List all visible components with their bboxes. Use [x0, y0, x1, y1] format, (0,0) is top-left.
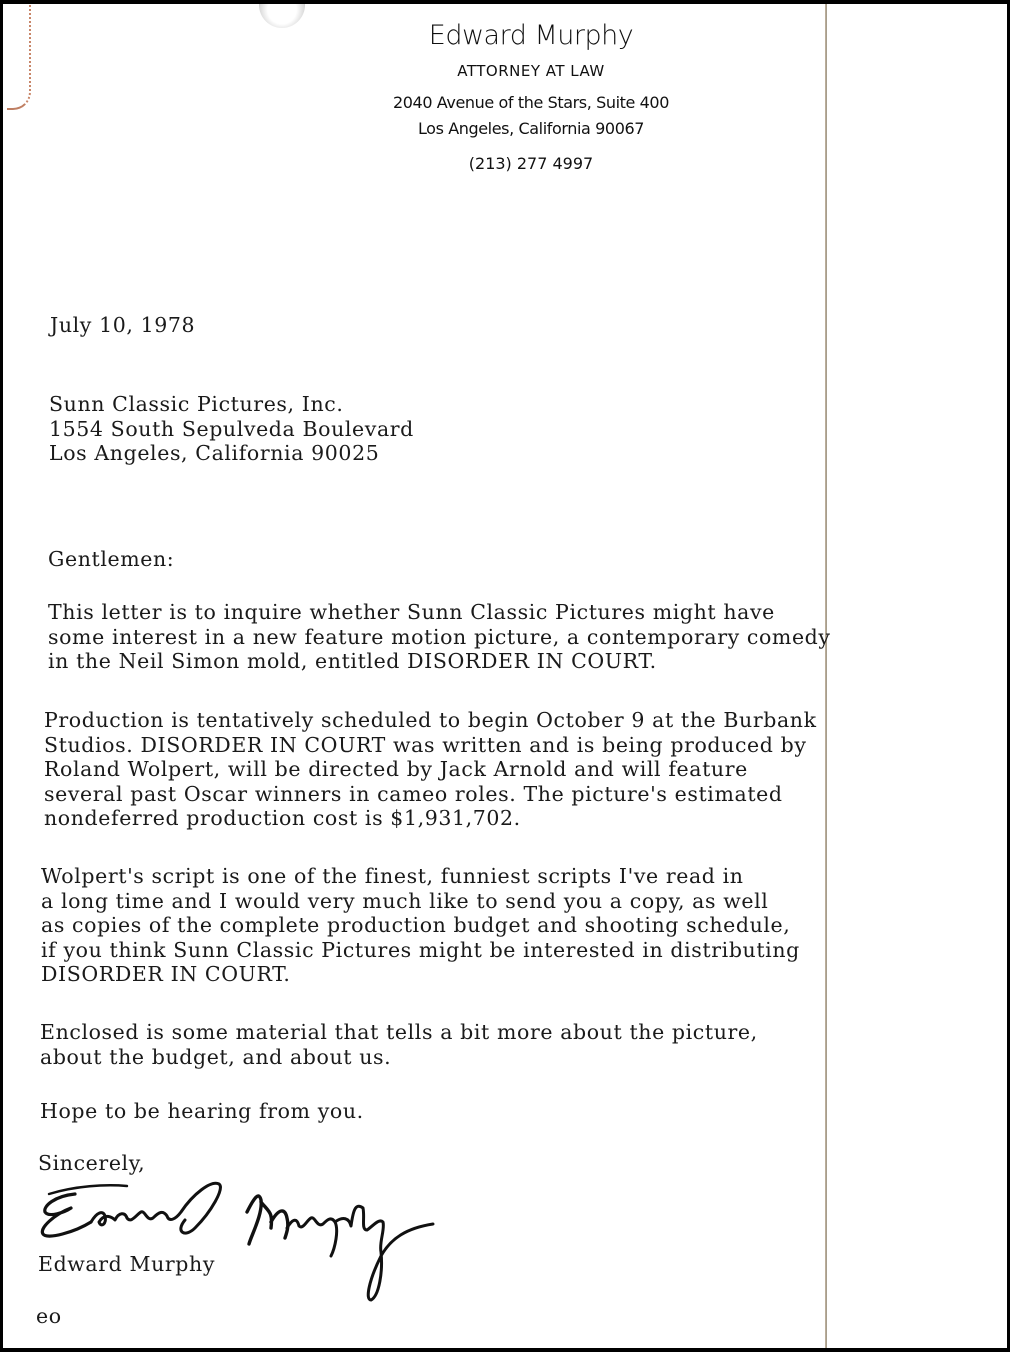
letterhead-address-line1: 2040 Avenue of the Stars, Suite 400 — [3, 93, 1007, 112]
paragraph-line: several past Oscar winners in cameo role… — [44, 782, 817, 807]
paragraph-production: Production is tentatively scheduled to b… — [44, 708, 817, 831]
recipient-company: Sunn Classic Pictures, Inc. — [49, 392, 414, 417]
paragraph-closing-remark: Hope to be hearing from you. — [40, 1099, 364, 1124]
letterhead-phone: (213) 277 4997 — [3, 154, 1007, 173]
paragraph-enclosure: Enclosed is some material that tells a b… — [40, 1020, 758, 1069]
typist-initials: eo — [36, 1304, 62, 1329]
paragraph-line: some interest in a new feature motion pi… — [48, 625, 831, 650]
paragraph-line: a long time and I would very much like t… — [41, 889, 800, 914]
paragraph-line: about the budget, and about us. — [40, 1045, 758, 1070]
recipient-city: Los Angeles, California 90025 — [49, 441, 414, 466]
letterhead-address-line2: Los Angeles, California 90067 — [3, 119, 1007, 138]
fold-line — [825, 4, 827, 1348]
paragraph-line: if you think Sunn Classic Pictures might… — [41, 938, 800, 963]
paragraph-line: Hope to be hearing from you. — [40, 1099, 364, 1124]
salutation: Gentlemen: — [48, 547, 174, 572]
paragraph-line: Studios. DISORDER IN COURT was written a… — [44, 733, 817, 758]
paragraph-script: Wolpert's script is one of the finest, f… — [41, 864, 800, 987]
letter-page: Edward Murphy ATTORNEY AT LAW 2040 Avenu… — [3, 4, 1007, 1348]
paragraph-line: This letter is to inquire whether Sunn C… — [48, 600, 831, 625]
letterhead-name: Edward Murphy — [3, 20, 1007, 51]
letter-date: July 10, 1978 — [50, 313, 195, 338]
paragraph-line: Roland Wolpert, will be directed by Jack… — [44, 757, 817, 782]
paragraph-inquiry: This letter is to inquire whether Sunn C… — [48, 600, 831, 674]
signer-name: Edward Murphy — [38, 1252, 215, 1277]
handwritten-signature — [35, 1172, 455, 1312]
paragraph-line: DISORDER IN COURT. — [41, 962, 800, 987]
paragraph-line: Production is tentatively scheduled to b… — [44, 708, 817, 733]
paragraph-line: as copies of the complete production bud… — [41, 913, 800, 938]
paragraph-line: in the Neil Simon mold, entitled DISORDE… — [48, 649, 831, 674]
recipient-street: 1554 South Sepulveda Boulevard — [49, 417, 414, 442]
paragraph-line: Enclosed is some material that tells a b… — [40, 1020, 758, 1045]
letterhead-title: ATTORNEY AT LAW — [3, 62, 1007, 80]
recipient-address: Sunn Classic Pictures, Inc. 1554 South S… — [49, 392, 414, 466]
paragraph-line: nondeferred production cost is $1,931,70… — [44, 806, 817, 831]
paragraph-line: Wolpert's script is one of the finest, f… — [41, 864, 800, 889]
